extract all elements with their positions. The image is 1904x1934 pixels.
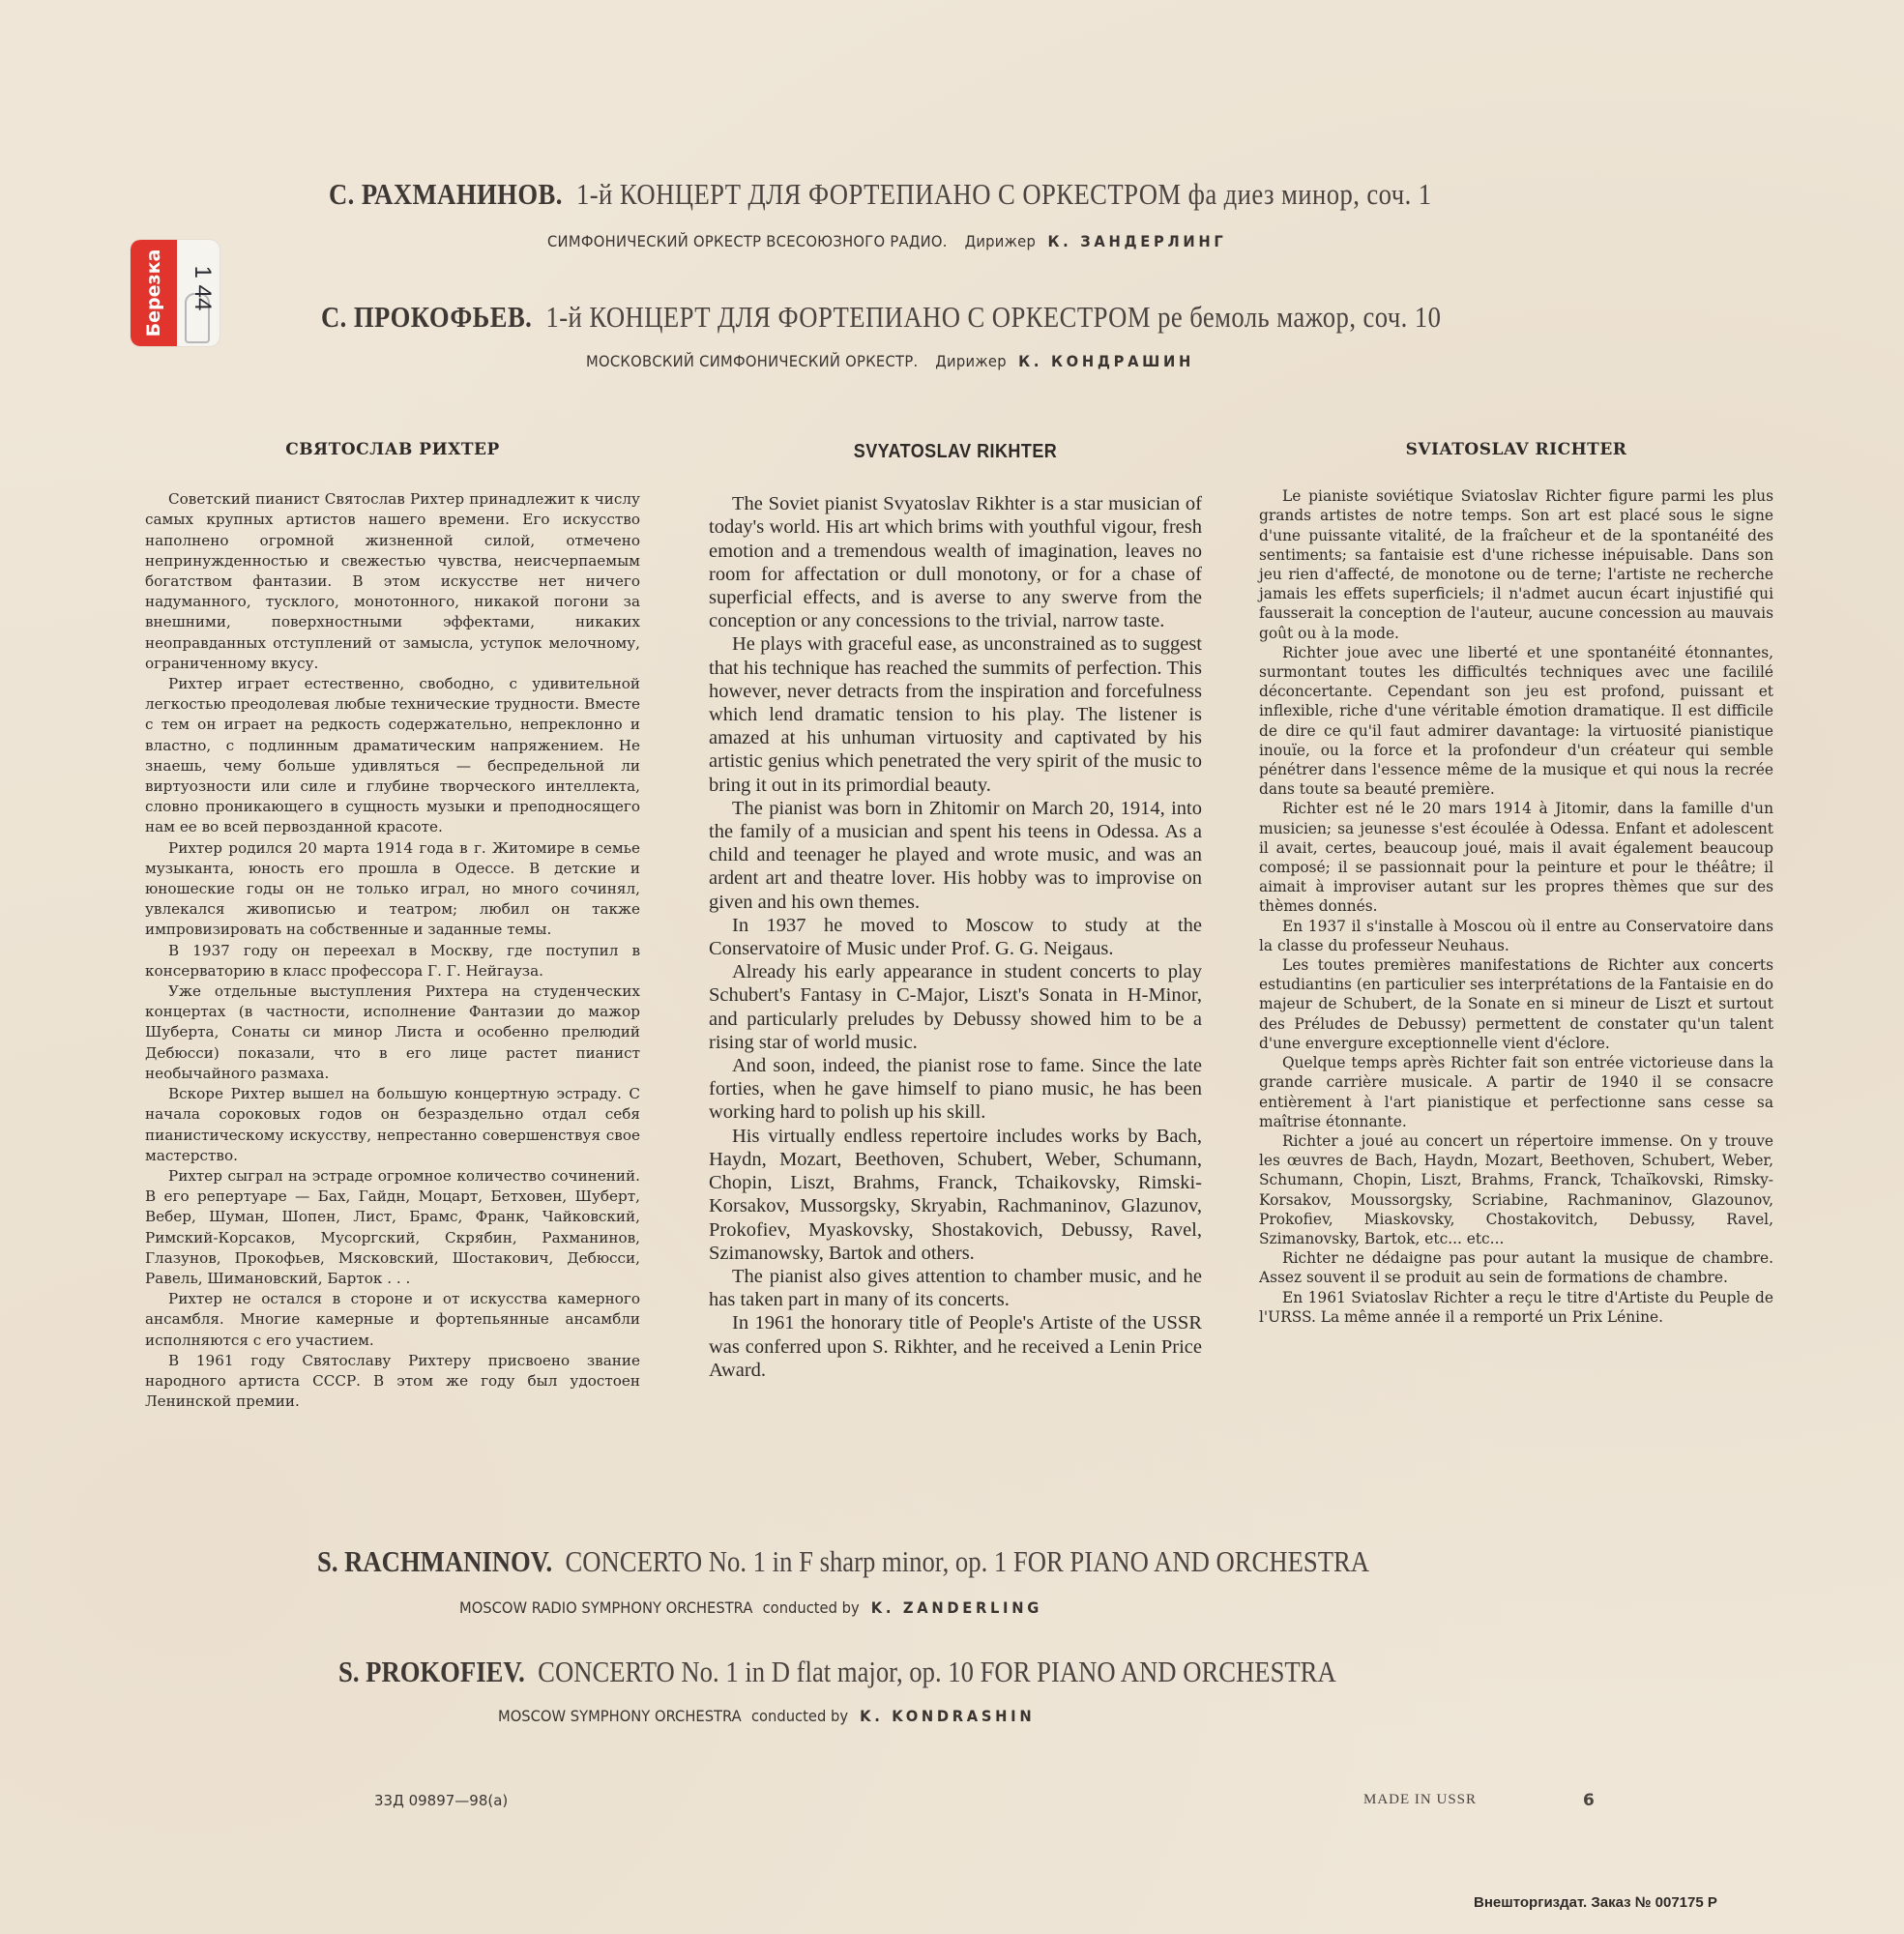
ru-work1-key: фа диез минор, соч. 1 — [1188, 177, 1432, 211]
ru-paragraph: В 1937 году он переехал в Москву, где по… — [145, 941, 640, 982]
en-work2-work: CONCERTO No. 1 in D flat major, op. 10 F… — [538, 1655, 1336, 1688]
en-work2-title: S. PROKOFIEV. CONCERTO No. 1 in D flat m… — [338, 1655, 1336, 1689]
en-paragraph: In 1937 he moved to Moscow to study at t… — [709, 914, 1202, 960]
english-biography-column: SVYATOSLAV RIKHTER The Soviet pianist Sv… — [709, 440, 1202, 1382]
en-paragraph: The Soviet pianist Svyatoslav Rikhter is… — [709, 492, 1202, 632]
fr-paragraph: Richter ne dédaigne pas pour autant la m… — [1259, 1248, 1773, 1287]
ru-paragraph: Вскоре Рихтер вышел на большую концертну… — [145, 1084, 640, 1166]
fr-paragraph: En 1961 Sviatoslav Richter a reçu le tit… — [1259, 1288, 1773, 1327]
ru-work2-orchestra-line: МОСКОВСКИЙ СИМФОНИЧЕСКИЙ ОРКЕСТР. Дириже… — [586, 352, 1194, 370]
fr-paragraph: Le pianiste soviétique Sviatoslav Richte… — [1259, 486, 1773, 643]
ru-paragraph: Рихтер играет естественно, свободно, с у… — [145, 674, 640, 838]
en-work1-conductor: K. ZANDERLING — [871, 1598, 1042, 1617]
fr-paragraph: Richter a joué au concert un répertoire … — [1259, 1131, 1773, 1248]
ru-work2-conductor-label: Дирижер — [935, 352, 1007, 370]
english-biography-heading: SVYATOSLAV RIKHTER — [734, 440, 1178, 463]
ru-paragraph: Рихтер не остался в стороне и от искусст… — [145, 1289, 640, 1351]
ru-work2-key: ре бемоль мажор, соч. 10 — [1157, 300, 1441, 334]
ru-paragraph: Советский пианист Святослав Рихтер прина… — [145, 489, 640, 674]
side-number: 6 — [1583, 1791, 1595, 1810]
catalog-number: 33Д 09897—98(а) — [374, 1792, 508, 1809]
sticker-price-mark: 1 44 — [189, 266, 216, 311]
en-work2-conductor-label: conducted by — [751, 1707, 848, 1725]
ru-work1-composer: С. РАХМАНИНОВ. — [329, 177, 563, 211]
russian-biography-column: СВЯТОСЛАВ РИХТЕР Советский пианист Свято… — [145, 440, 640, 1412]
fr-paragraph: Quelque temps après Richter fait son ent… — [1259, 1053, 1773, 1131]
made-in-label: MADE IN USSR — [1363, 1792, 1477, 1808]
fr-paragraph: En 1937 il s'installe à Moscou où il ent… — [1259, 917, 1773, 955]
en-paragraph: His virtually endless repertoire include… — [709, 1125, 1202, 1265]
en-paragraph: He plays with graceful ease, as unconstr… — [709, 632, 1202, 796]
ru-work1-conductor-label: Дирижер — [965, 232, 1037, 250]
fr-paragraph: Richter est né le 20 mars 1914 à Jitomir… — [1259, 799, 1773, 916]
en-work2-conductor: K. KONDRASHIN — [860, 1707, 1035, 1725]
ru-work2-work: 1-й КОНЦЕРТ ДЛЯ ФОРТЕПИАНО С ОРКЕСТРОМ — [545, 300, 1151, 334]
printer-order-line: Внешторгиздат. Заказ № 007175 Р — [1474, 1894, 1717, 1911]
ru-work2-conductor: К. КОНДРАШИН — [1018, 352, 1194, 370]
ru-work2-orchestra: МОСКОВСКИЙ СИМФОНИЧЕСКИЙ ОРКЕСТР. — [586, 352, 918, 370]
ru-work1-orchestra: СИМФОНИЧЕСКИЙ ОРКЕСТР ВСЕСОЮЗНОГО РАДИО. — [547, 232, 948, 250]
en-work2-orchestra: MOSCOW SYMPHONY ORCHESTRA — [498, 1707, 742, 1725]
ru-paragraph: В 1961 году Святославу Рихтеру присвоено… — [145, 1351, 640, 1413]
en-work1-composer: S. RACHMANINOV. — [317, 1544, 552, 1578]
en-paragraph: The pianist was born in Zhitomir on Marc… — [709, 797, 1202, 914]
french-biography-heading: SVIATOSLAV RICHTER — [1259, 440, 1773, 459]
price-sticker: Березка 1 44 — [131, 240, 220, 346]
en-paragraph: And soon, indeed, the pianist rose to fa… — [709, 1054, 1202, 1125]
ru-work1-orchestra-line: СИМФОНИЧЕСКИЙ ОРКЕСТР ВСЕСОЮЗНОГО РАДИО.… — [547, 232, 1226, 250]
en-work2-composer: S. PROKOFIEV. — [338, 1655, 525, 1688]
ru-paragraph: Рихтер родился 20 марта 1914 года в г. Ж… — [145, 838, 640, 941]
en-work2-orchestra-line: MOSCOW SYMPHONY ORCHESTRA conducted by K… — [498, 1707, 1035, 1725]
sticker-brand: Березка — [143, 249, 164, 337]
en-work1-orchestra: MOSCOW RADIO SYMPHONY ORCHESTRA — [459, 1598, 752, 1617]
fr-paragraph: Richter joue avec une liberté et une spo… — [1259, 643, 1773, 800]
en-paragraph: In 1961 the honorary title of People's A… — [709, 1311, 1202, 1382]
en-paragraph: Already his early appearance in student … — [709, 960, 1202, 1054]
en-work1-work: CONCERTO No. 1 in F sharp minor, op. 1 F… — [566, 1544, 1370, 1578]
en-work1-orchestra-line: MOSCOW RADIO SYMPHONY ORCHESTRA conducte… — [459, 1598, 1042, 1617]
ru-work2-composer: С. ПРОКОФЬЕВ. — [321, 300, 532, 334]
ru-work1-title: С. РАХМАНИНОВ. 1-й КОНЦЕРТ ДЛЯ ФОРТЕПИАН… — [329, 177, 1432, 212]
ru-paragraph: Уже отдельные выступления Рихтера на сту… — [145, 982, 640, 1084]
ru-paragraph: Рихтер сыграл на эстраде огромное количе… — [145, 1166, 640, 1289]
en-work1-conductor-label: conducted by — [763, 1598, 860, 1617]
russian-biography-heading: СВЯТОСЛАВ РИХТЕР — [145, 440, 640, 460]
ru-work1-work: 1-й КОНЦЕРТ ДЛЯ ФОРТЕПИАНО С ОРКЕСТРОМ — [576, 177, 1182, 211]
fr-paragraph: Les toutes premières manifestations de R… — [1259, 955, 1773, 1053]
french-biography-column: SVIATOSLAV RICHTER Le pianiste soviétiqu… — [1259, 440, 1773, 1327]
en-work1-title: S. RACHMANINOV. CONCERTO No. 1 in F shar… — [317, 1544, 1369, 1579]
ru-work2-title: С. ПРОКОФЬЕВ. 1-й КОНЦЕРТ ДЛЯ ФОРТЕПИАНО… — [321, 300, 1441, 335]
ru-work1-conductor: К. ЗАНДЕРЛИНГ — [1047, 232, 1226, 250]
en-paragraph: The pianist also gives attention to cham… — [709, 1265, 1202, 1311]
